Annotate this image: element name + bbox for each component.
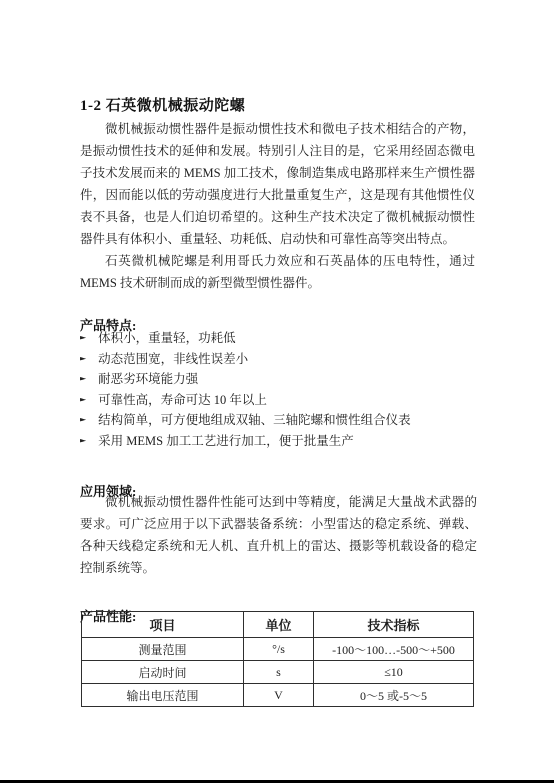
table-header-cell: 技术指标	[314, 612, 474, 638]
feature-item: ►结构简单，可方便地组成双轴、三轴陀螺和惯性组合仪表	[80, 410, 480, 431]
feature-item: ►采用 MEMS 加工工艺进行加工，便于批量生产	[80, 431, 480, 452]
feature-text: 体积小，重量轻，功耗低	[98, 328, 236, 349]
applications-paragraph: 微机械振动惯性器件性能可达到中等精度，能满足大量战术武器的要求。可广泛应用于以下…	[80, 491, 477, 579]
table-cell: -100～100…-500～+500	[314, 638, 474, 661]
table-cell: °/s	[244, 638, 314, 661]
table-header-row: 项目单位技术指标	[82, 612, 474, 638]
table-row: 启动时间s≤10	[82, 661, 474, 684]
table-row: 输出电压范围V0～5 或-5～5	[82, 684, 474, 707]
feature-text: 动态范围宽，非线性误差小	[98, 349, 248, 370]
table-cell: 0～5 或-5～5	[314, 684, 474, 707]
table-cell: 测量范围	[82, 638, 244, 661]
arrow-bullet-icon: ►	[80, 391, 86, 409]
feature-text: 结构简单，可方便地组成双轴、三轴陀螺和惯性组合仪表	[98, 410, 411, 431]
feature-item: ►耐恶劣环境能力强	[80, 369, 480, 390]
feature-text: 可靠性高，寿命可达 10 年以上	[98, 390, 267, 411]
arrow-bullet-icon: ►	[80, 433, 86, 451]
table-cell: 启动时间	[82, 661, 244, 684]
arrow-bullet-icon: ►	[80, 371, 86, 389]
table-cell: 输出电压范围	[82, 684, 244, 707]
table-cell: ≤10	[314, 661, 474, 684]
arrow-bullet-icon: ►	[80, 330, 86, 348]
performance-table-header: 项目单位技术指标	[82, 612, 474, 638]
feature-text: 采用 MEMS 加工工艺进行加工，便于批量生产	[98, 431, 354, 452]
intro-section: 微机械振动惯性器件是振动惯性技术和微电子技术相结合的产物，是振动惯性技术的延伸和…	[80, 118, 475, 294]
table-header-cell: 项目	[82, 612, 244, 638]
feature-item: ►动态范围宽，非线性误差小	[80, 349, 480, 370]
feature-item: ►可靠性高，寿命可达 10 年以上	[80, 390, 480, 411]
intro-paragraph-1: 微机械振动惯性器件是振动惯性技术和微电子技术相结合的产物，是振动惯性技术的延伸和…	[80, 118, 475, 250]
table-cell: s	[244, 661, 314, 684]
document-page: 1-2 石英微机械振动陀螺 微机械振动惯性器件是振动惯性技术和微电子技术相结合的…	[0, 0, 554, 783]
page-title: 1-2 石英微机械振动陀螺	[80, 94, 245, 115]
table-row: 测量范围°/s-100～100…-500～+500	[82, 638, 474, 661]
performance-table-body: 测量范围°/s-100～100…-500～+500启动时间s≤10输出电压范围V…	[82, 638, 474, 707]
table-header-cell: 单位	[244, 612, 314, 638]
feature-list: ►体积小，重量轻，功耗低►动态范围宽，非线性误差小►耐恶劣环境能力强►可靠性高，…	[80, 328, 480, 452]
arrow-bullet-icon: ►	[80, 412, 86, 430]
table-cell: V	[244, 684, 314, 707]
performance-table: 项目单位技术指标 测量范围°/s-100～100…-500～+500启动时间s≤…	[81, 611, 474, 707]
intro-paragraph-2: 石英微机械陀螺是利用哥氏力效应和石英晶体的压电特性，通过 MEMS 技术研制而成…	[80, 250, 475, 294]
arrow-bullet-icon: ►	[80, 350, 86, 368]
feature-item: ►体积小，重量轻，功耗低	[80, 328, 480, 349]
feature-text: 耐恶劣环境能力强	[98, 369, 198, 390]
